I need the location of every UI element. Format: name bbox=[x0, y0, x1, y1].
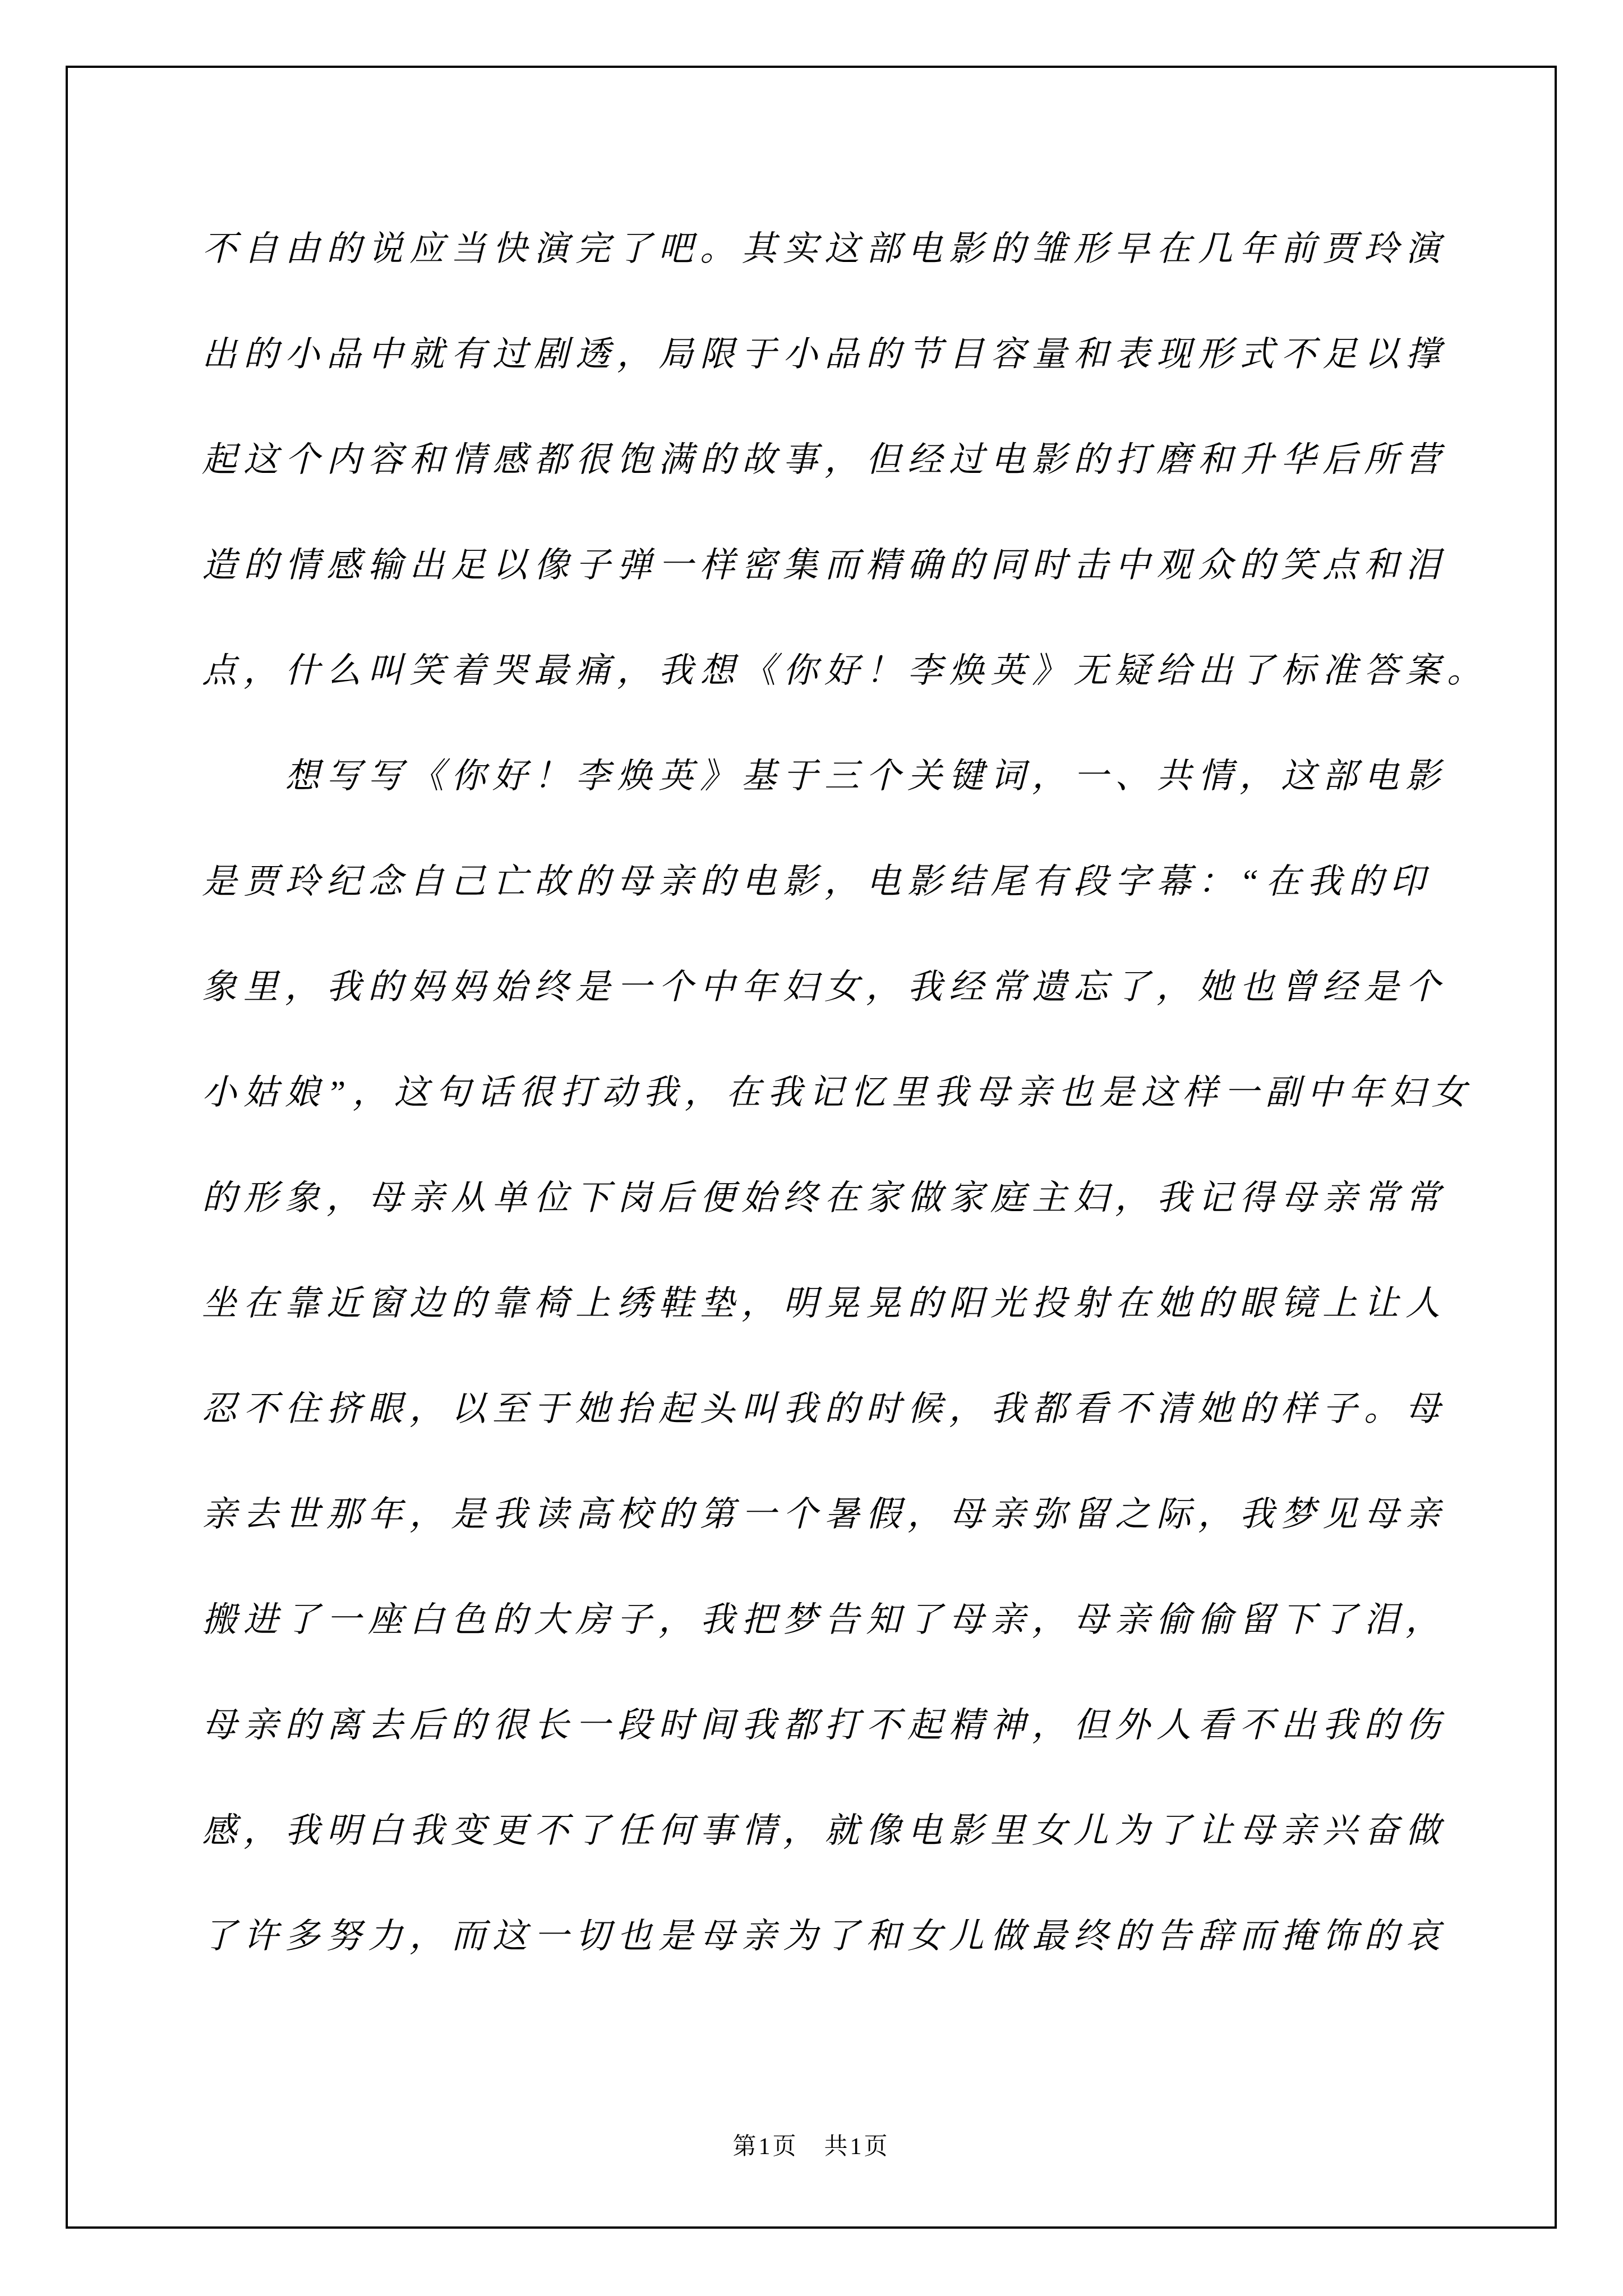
text-line: 的形象，母亲从单位下岗后便始终在家做家庭主妇，我记得母亲常常 bbox=[202, 1145, 1469, 1251]
document-page: 不自由的说应当快演完了吧。其实这部电影的雏形早在几年前贾玲演出的小品中就有过剧透… bbox=[0, 0, 1623, 2296]
text-line: 了许多努力，而这一切也是母亲为了和女儿做最终的告辞而掩饰的哀 bbox=[202, 1884, 1469, 1989]
text-line: 母亲的离去后的很长一段时间我都打不起精神，但外人看不出我的伤 bbox=[202, 1673, 1469, 1778]
text-line: 忍不住挤眼，以至于她抬起头叫我的时候，我都看不清她的样子。母 bbox=[202, 1356, 1469, 1462]
text-line: 感，我明白我变更不了任何事情，就像电影里女儿为了让母亲兴奋做 bbox=[202, 1778, 1469, 1884]
text-line: 小姑娘”，这句话很打动我，在我记忆里我母亲也是这样一副中年妇女 bbox=[202, 1040, 1469, 1145]
text-line: 起这个内容和情感都很饱满的故事，但经过电影的打磨和升华后所营 bbox=[202, 407, 1469, 513]
text-line: 象里，我的妈妈始终是一个中年妇女，我经常遗忘了，她也曾经是个 bbox=[202, 935, 1469, 1040]
text-line: 搬进了一座白色的大房子，我把梦告知了母亲，母亲偷偷留下了泪， bbox=[202, 1567, 1469, 1673]
text-line: 出的小品中就有过剧透，局限于小品的节目容量和表现形式不足以撑 bbox=[202, 302, 1469, 407]
text-line: 点，什么叫笑着哭最痛，我想《你好！李焕英》无疑给出了标准答案。 bbox=[202, 618, 1469, 724]
page-border-frame: 不自由的说应当快演完了吧。其实这部电影的雏形早在几年前贾玲演出的小品中就有过剧透… bbox=[66, 66, 1557, 2229]
text-line: 造的情感输出足以像子弹一样密集而精确的同时击中观众的笑点和泪 bbox=[202, 513, 1469, 618]
page-footer: 第1页 共1页 bbox=[68, 2128, 1555, 2161]
document-text: 不自由的说应当快演完了吧。其实这部电影的雏形早在几年前贾玲演出的小品中就有过剧透… bbox=[202, 196, 1469, 1989]
text-line: 是贾玲纪念自己亡故的母亲的电影，电影结尾有段字幕：“在我的印 bbox=[202, 829, 1469, 935]
text-line: 不自由的说应当快演完了吧。其实这部电影的雏形早在几年前贾玲演 bbox=[202, 196, 1469, 302]
text-line: 亲去世那年，是我读高校的第一个暑假，母亲弥留之际，我梦见母亲 bbox=[202, 1462, 1469, 1567]
text-line: 坐在靠近窗边的靠椅上绣鞋垫，明晃晃的阳光投射在她的眼镜上让人 bbox=[202, 1251, 1469, 1356]
text-line: 想写写《你好！李焕英》基于三个关键词，一、共情，这部电影 bbox=[202, 724, 1469, 829]
